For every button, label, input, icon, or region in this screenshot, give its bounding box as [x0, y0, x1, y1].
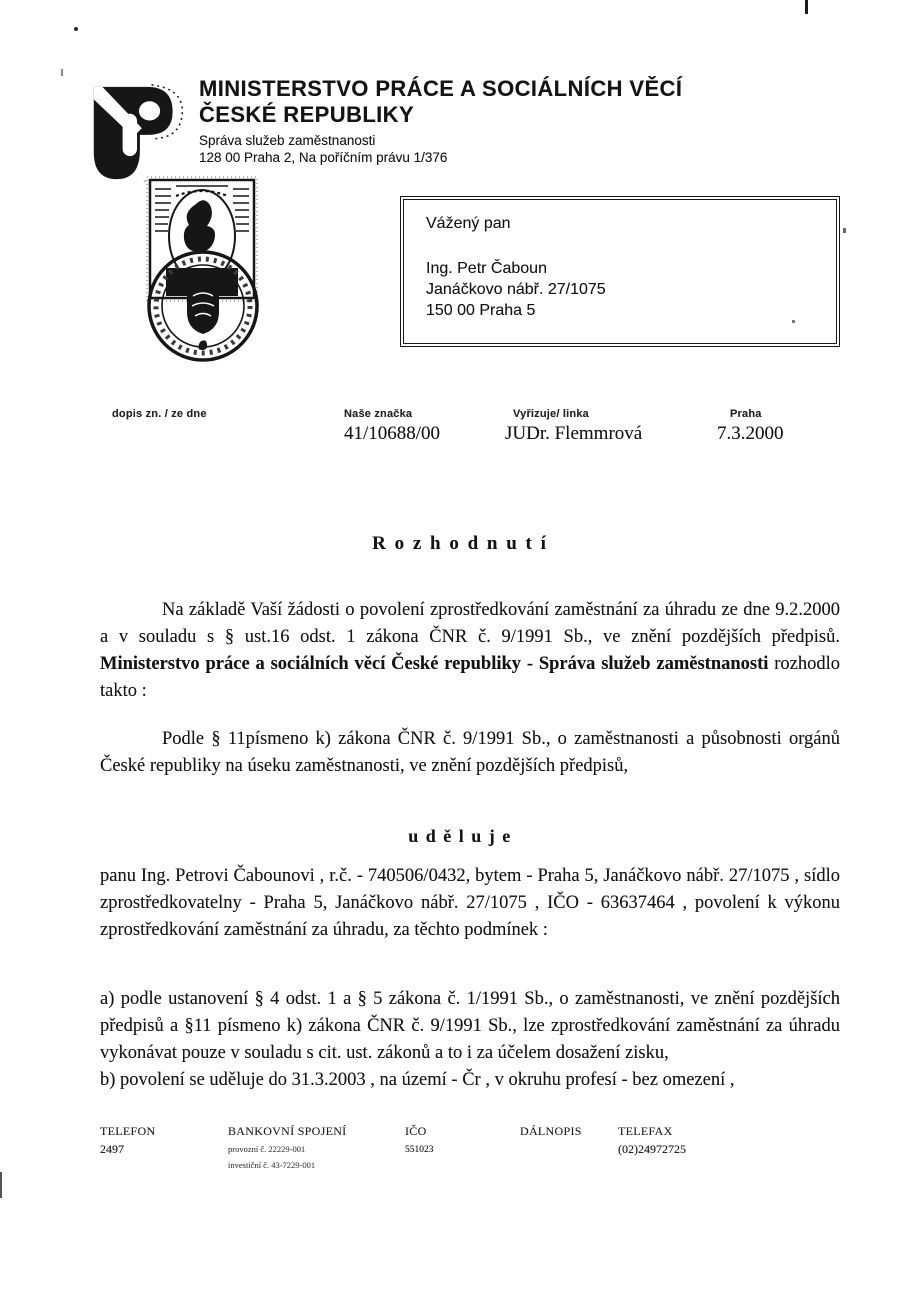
condition-item-b: b) povolení se uděluje do 31.3.2003 , na…: [100, 1067, 840, 1094]
intro-text: Na základě Vaší žádosti o povolení zpros…: [100, 600, 840, 647]
department-line: Správa služeb zaměstnanosti: [199, 132, 682, 149]
letter-footer: TELEFON 2497 BANKOVNÍ SPOJENÍ provozní č…: [0, 1124, 920, 1184]
footer-ico-label: IČO: [405, 1124, 434, 1139]
scanned-letter-page: MINISTERSTVO PRÁCE A SOCIÁLNÍCH VĚCÍ ČES…: [0, 0, 920, 1299]
ref-our-mark-label: Naše značka: [344, 408, 440, 420]
paragraph-intro: Na základě Vaší žádosti o povolení zpros…: [100, 597, 840, 705]
footer-bank-account-2: investiční č. 43-7229-001: [228, 1160, 346, 1171]
footer-dalnopis-label: DÁLNOPIS: [520, 1124, 582, 1139]
scan-artifact-corner-tick: [805, 0, 808, 14]
footer-bank-label: BANKOVNÍ SPOJENÍ: [228, 1124, 346, 1139]
scan-artifact-colon: [61, 69, 63, 76]
ministry-name-line2: ČESKÉ REPUBLIKY: [199, 102, 682, 128]
conditions-list: a) podle ustanovení § 4 odst. 1 a § 5 zá…: [100, 986, 840, 1094]
address-line: 128 00 Praha 2, Na poříčním právu 1/376: [199, 149, 682, 166]
ref-handled-by-value: JUDr. Flemmrová: [505, 423, 642, 445]
reference-row: dopis zn. / ze dne Naše značka 41/10688/…: [0, 408, 920, 460]
ministry-name-line1: MINISTERSTVO PRÁCE A SOCIÁLNÍCH VĚCÍ: [199, 76, 682, 102]
footer-telefon: TELEFON 2497: [100, 1124, 155, 1157]
scan-artifact-dot: [74, 27, 78, 31]
intro-authority-name: Ministerstvo práce a sociálních věcí Čes…: [100, 654, 768, 674]
paragraph-grantee: panu Ing. Petrovi Čabounovi , r.č. - 740…: [100, 863, 840, 944]
condition-item-a: a) podle ustanovení § 4 odst. 1 a § 5 zá…: [100, 986, 840, 1067]
scan-artifact-speck: [843, 228, 846, 233]
postage-stamp-icon: [147, 177, 257, 301]
footer-bank-account-1: provozní č. 22229-001: [228, 1144, 346, 1155]
ref-handled-by: Vyřizuje/ linka JUDr. Flemmrová: [505, 408, 642, 445]
footer-telefax: TELEFAX (02)24972725: [618, 1124, 686, 1157]
paragraph-legal-basis: Podle § 11písmeno k) zákona ČNR č. 9/199…: [100, 726, 840, 780]
recipient-salutation: Vážený pan: [426, 213, 836, 234]
footer-ico: IČO 551023: [405, 1124, 434, 1155]
ref-place-date-label: Praha: [730, 408, 784, 420]
ministry-logo-icon: [88, 80, 188, 186]
letterhead: MINISTERSTVO PRÁCE A SOCIÁLNÍCH VĚCÍ ČES…: [199, 76, 682, 166]
ref-letter-date: dopis zn. / ze dne: [112, 408, 207, 423]
footer-telefax-value: (02)24972725: [618, 1142, 686, 1157]
stamp-and-seal: [146, 176, 262, 366]
footer-dalnopis: DÁLNOPIS: [520, 1124, 582, 1142]
ref-handled-by-label: Vyřizuje/ linka: [513, 408, 642, 420]
recipient-address-box: Vážený pan Ing. Petr Čaboun Janáčkovo ná…: [400, 196, 840, 347]
grant-word: u d ě l u j e: [0, 826, 920, 847]
ref-letter-date-label: dopis zn. / ze dne: [112, 408, 207, 420]
recipient-city: 150 00 Praha 5: [426, 300, 836, 321]
ref-our-mark: Naše značka 41/10688/00: [344, 408, 440, 445]
footer-telefon-value: 2497: [100, 1142, 155, 1157]
recipient-name: Ing. Petr Čaboun: [426, 258, 836, 279]
ref-our-mark-value: 41/10688/00: [344, 423, 440, 445]
ref-place-date-value: 7.3.2000: [717, 423, 784, 445]
footer-telefax-label: TELEFAX: [618, 1124, 686, 1139]
ref-place-date: Praha 7.3.2000: [717, 408, 784, 445]
recipient-street: Janáčkovo nábř. 27/1075: [426, 279, 836, 300]
document-title: R o z h o d n u t í: [0, 533, 920, 555]
footer-ico-value: 551023: [405, 1145, 434, 1155]
footer-bank: BANKOVNÍ SPOJENÍ provozní č. 22229-001 i…: [228, 1124, 346, 1171]
footer-telefon-label: TELEFON: [100, 1124, 155, 1139]
